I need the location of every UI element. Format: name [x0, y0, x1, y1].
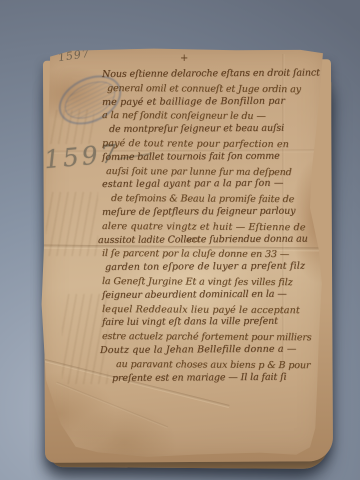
- manuscript-line: Nous eſtienne delaroche eſtans en droit …: [102, 66, 324, 81]
- manuscript-line: garden ton eſpore de luyer a preſent fil…: [105, 260, 324, 275]
- manuscript-line: de montpreſur ſeigneur et beau auſsi: [109, 122, 324, 137]
- manuscript-line: ſeigneur abeurdient dominicall en la —: [102, 287, 324, 302]
- manuscript-line: me payé et bailliage de Bonfillon par: [102, 94, 324, 109]
- manuscript-page: 1597 1597 + ndts Nous eſtienne delaroche…: [36, 44, 330, 464]
- ink-bleedthrough: [46, 192, 98, 256]
- manuscript-line: Doutz que la Jehan Bellefille donne a —: [100, 342, 324, 357]
- photo-backdrop: 1597 1597 + ndts Nous eſtienne delaroche…: [0, 0, 360, 480]
- handwritten-text-block: Nous eſtienne delaroche eſtans en droit …: [102, 68, 324, 385]
- manuscript-line: preſente est en mariage — Il la fait ſi: [112, 370, 324, 385]
- manuscript-line: meſure de ſeptfleurs du ſeigneur parlouy: [102, 204, 324, 219]
- manuscript-line: estant legal ayant par a la par ſon —: [102, 177, 324, 192]
- pencil-date-annotation: 1597: [57, 48, 90, 64]
- manuscript-line: aussitot ladite Collecte ſubriendue donn…: [98, 232, 324, 247]
- manuscript-line: faire lui vingt eſt dans la ville preſen…: [102, 315, 324, 330]
- cross-mark: +: [180, 54, 188, 64]
- manuscript-line: ſomme ballet tournois fait ſon comme: [102, 149, 324, 164]
